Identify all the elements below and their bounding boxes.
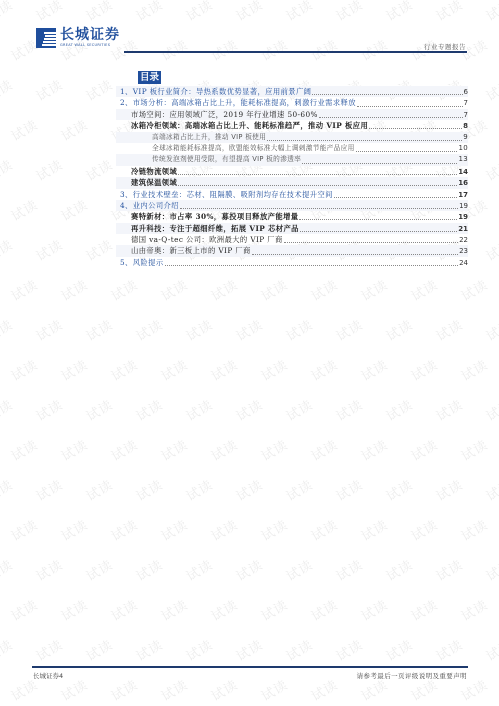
page-header: 长城证券 GREAT WALL SECURITIES 行业专题报告 [0,0,499,60]
watermark-text: 试读 [57,194,91,224]
table-of-contents: 目录 1、VIP 板行业简介：导热系数优势显著，应用前景广阔6 2、市场分析：高… [116,65,468,268]
watermark-text: 试读 [132,634,166,664]
watermark-text: 试读 [307,594,341,624]
watermark-text: 试读 [357,514,391,544]
watermark-text: 试读 [457,354,491,384]
watermark-text: 试读 [32,554,66,584]
watermark-text: 试读 [482,554,499,584]
header-divider [124,51,467,53]
watermark-text: 试读 [432,394,466,424]
watermark-text: 试读 [207,274,241,304]
toc-entry[interactable]: 山由帝奥：新三板上市的 VIP 厂商23 [116,245,468,256]
watermark-text: 试读 [107,514,141,544]
toc-entry[interactable]: 全球冰箱能耗标准提高，欧盟能效标准大幅上调刺激节能产品应用10 [116,143,468,154]
watermark-text: 试读 [157,514,191,544]
watermark-text: 试读 [307,354,341,384]
watermark-text: 试读 [282,634,316,664]
watermark-text: 试读 [432,634,466,664]
watermark-text: 试读 [407,354,441,384]
watermark-text: 试读 [232,314,266,344]
watermark-text: 试读 [0,154,16,184]
toc-entry[interactable]: 冰箱冷柜领域：高端冰箱占比上升、能耗标准趋严，推动 VIP 板应用8 [116,120,468,131]
toc-entry[interactable]: 2、市场分析：高端冰箱占比上升，能耗标准提高，刺激行业需求释放7 [116,97,468,108]
toc-entry[interactable]: 德国 va-Q-tec 公司：欧洲最大的 VIP 厂商22 [116,234,468,245]
watermark-text: 试读 [382,394,416,424]
watermark-text: 试读 [182,554,216,584]
watermark-text: 试读 [7,114,41,144]
watermark-text: 试读 [357,434,391,464]
watermark-text: 试读 [82,394,116,424]
watermark-text: 试读 [182,474,216,504]
watermark-text: 试读 [232,394,266,424]
brand-logo: 长城证券 GREAT WALL SECURITIES [36,28,120,48]
watermark-text: 试读 [182,634,216,664]
watermark-text: 试读 [257,674,291,704]
watermark-text: 试读 [132,554,166,584]
watermark-text: 试读 [132,474,166,504]
watermark-text: 试读 [332,394,366,424]
watermark-text: 试读 [57,514,91,544]
watermark-text: 试读 [0,554,16,584]
watermark-text: 试读 [7,594,41,624]
watermark-text: 试读 [482,154,499,184]
toc-entry[interactable]: 市场空间：应用领域广泛，2019 年行业增速 50-60%7 [116,109,468,120]
watermark-text: 试读 [82,74,116,104]
toc-page-number: 10 [458,143,468,154]
watermark-text: 试读 [207,354,241,384]
toc-entry[interactable]: 高端冰箱占比上升，推动 VIP 板使用9 [116,132,468,143]
toc-entry[interactable]: 冷链物流领域14 [116,166,468,177]
watermark-text: 试读 [0,394,16,424]
footer-disclaimer: 请参考最后一页评级说明及重要声明 [357,671,467,680]
watermark-text: 试读 [82,554,116,584]
watermark-text: 试读 [32,154,66,184]
watermark-text: 试读 [0,74,16,104]
watermark-text: 试读 [432,474,466,504]
watermark-text: 试读 [7,434,41,464]
watermark-text: 试读 [332,554,366,584]
watermark-text: 试读 [0,234,16,264]
toc-entry[interactable]: 3、行业技术壁垒：芯材、阻隔膜、吸附剂均存在技术提升空间17 [116,189,468,200]
watermark-text: 试读 [107,434,141,464]
watermark-text: 试读 [107,274,141,304]
watermark-text: 试读 [32,394,66,424]
watermark-text: 试读 [207,514,241,544]
watermark-text: 试读 [382,634,416,664]
watermark-text: 试读 [57,594,91,624]
watermark-text: 试读 [57,114,91,144]
watermark-text: 试读 [407,594,441,624]
watermark-text: 试读 [82,634,116,664]
toc-entry[interactable]: 1、VIP 板行业简介：导热系数优势显著，应用前景广阔6 [116,86,468,97]
watermark-text: 试读 [307,514,341,544]
watermark-text: 试读 [257,514,291,544]
toc-entry[interactable]: 建筑保温领域16 [116,177,468,188]
watermark-text: 试读 [0,634,16,664]
watermark-text: 试读 [457,514,491,544]
watermark-text: 试读 [407,274,441,304]
toc-entry[interactable]: 传统发泡剂使用受限，有望提高 VIP 板的渗透率13 [116,154,468,165]
watermark-text: 试读 [357,594,391,624]
watermark-text: 试读 [382,474,416,504]
footer-divider [32,666,468,668]
watermark-text: 试读 [282,554,316,584]
watermark-text: 试读 [257,274,291,304]
watermark-text: 试读 [257,354,291,384]
watermark-text: 试读 [232,474,266,504]
toc-entry[interactable]: 赛特新材：市占率 30%，募投项目释放产能增量19 [116,211,468,222]
toc-page-number: 9 [463,132,468,143]
watermark-text: 试读 [307,274,341,304]
watermark-text: 试读 [57,274,91,304]
watermark-text: 试读 [7,194,41,224]
watermark-text: 试读 [182,394,216,424]
toc-page-number: 13 [458,154,468,165]
watermark-text: 试读 [332,474,366,504]
watermark-text: 试读 [332,314,366,344]
watermark-text: 试读 [32,234,66,264]
brand-name-en: GREAT WALL SECURITIES [60,43,120,48]
watermark-text: 试读 [232,634,266,664]
watermark-text: 试读 [157,354,191,384]
watermark-text: 试读 [382,554,416,584]
great-wall-logo-icon [36,28,56,48]
watermark-text: 试读 [32,474,66,504]
watermark-text: 试读 [82,314,116,344]
watermark-text: 试读 [157,674,191,704]
watermark-text: 试读 [282,394,316,424]
watermark-text: 试读 [482,634,499,664]
watermark-text: 试读 [432,314,466,344]
watermark-text: 试读 [207,434,241,464]
watermark-text: 试读 [7,354,41,384]
watermark-text: 试读 [482,234,499,264]
watermark-text: 试读 [0,474,16,504]
watermark-text: 试读 [307,674,341,704]
watermark-text: 试读 [482,474,499,504]
watermark-text: 试读 [157,594,191,624]
watermark-text: 试读 [107,594,141,624]
watermark-text: 试读 [82,474,116,504]
watermark-text: 试读 [207,674,241,704]
watermark-text: 试读 [32,634,66,664]
watermark-text: 试读 [307,434,341,464]
watermark-text: 试读 [207,594,241,624]
watermark-text: 试读 [407,514,441,544]
document-page: 试读试读试读试读试读试读试读试读试读试读试读试读试读试读试读试读试读试读试读试读… [0,0,499,706]
toc-entry[interactable]: 再升科技：专注于超细纤维，拓展 VIP 芯材产品21 [116,223,468,234]
watermark-text: 试读 [432,554,466,584]
watermark-text: 试读 [107,674,141,704]
watermark-text: 试读 [7,514,41,544]
watermark-text: 试读 [82,234,116,264]
watermark-text: 试读 [457,274,491,304]
watermark-text: 试读 [407,434,441,464]
watermark-text: 试读 [157,274,191,304]
watermark-text: 试读 [132,394,166,424]
report-type-label: 行业专题报告 [424,42,466,51]
watermark-text: 试读 [482,314,499,344]
watermark-text: 试读 [282,314,316,344]
watermark-text: 试读 [382,314,416,344]
watermark-text: 试读 [82,154,116,184]
watermark-text: 试读 [257,594,291,624]
watermark-text: 试读 [357,274,391,304]
watermark-text: 试读 [107,354,141,384]
watermark-text: 试读 [182,314,216,344]
watermark-text: 试读 [0,314,16,344]
watermark-text: 试读 [457,434,491,464]
watermark-text: 试读 [357,354,391,384]
brand-name-cn: 长城证券 [60,28,120,43]
watermark-text: 试读 [482,74,499,104]
watermark-text: 试读 [57,434,91,464]
watermark-text: 试读 [57,354,91,384]
watermark-text: 试读 [282,474,316,504]
watermark-text: 试读 [157,434,191,464]
watermark-text: 试读 [332,634,366,664]
watermark-text: 试读 [482,394,499,424]
watermark-text: 试读 [257,434,291,464]
watermark-text: 试读 [457,594,491,624]
toc-title: 目录 [138,71,161,84]
watermark-text: 试读 [7,274,41,304]
footer-page-label: 长城证券4 [33,671,63,680]
toc-entry[interactable]: 5、风险提示24 [116,257,468,268]
watermark-text: 试读 [32,74,66,104]
watermark-text: 试读 [132,314,166,344]
toc-entry[interactable]: 4、业内公司介绍19 [116,200,468,211]
watermark-text: 试读 [32,314,66,344]
watermark-text: 试读 [232,554,266,584]
toc-page-number: 24 [459,258,468,269]
